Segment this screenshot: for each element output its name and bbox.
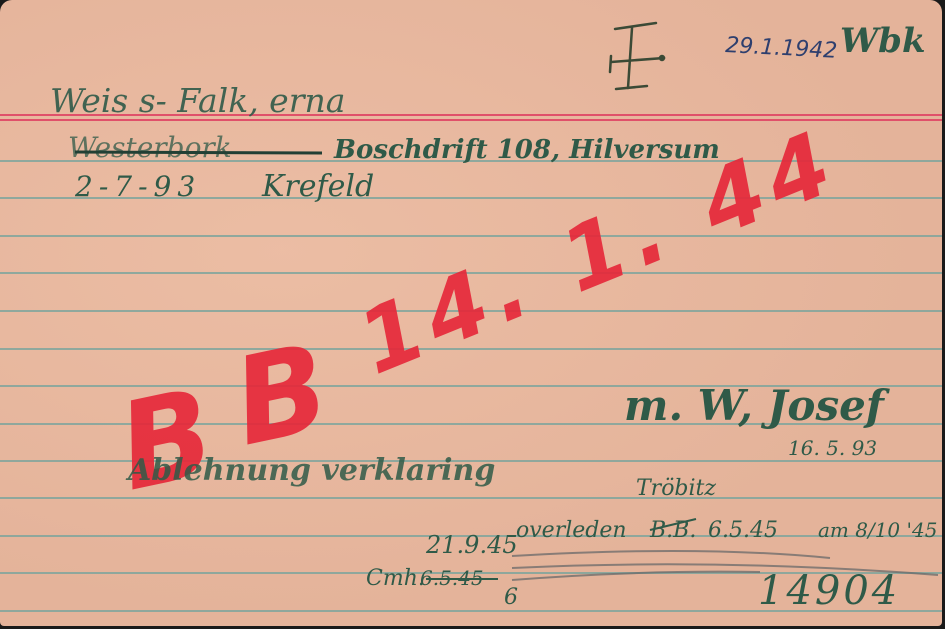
svg-text:B.B.: B.B. bbox=[649, 518, 696, 543]
birth-place: Krefeld bbox=[261, 169, 374, 204]
struck-death-place: B.B. bbox=[649, 518, 696, 543]
death-cross-icon bbox=[610, 23, 664, 89]
spouse-name: m. W, Josef bbox=[624, 381, 891, 430]
comm-label: Cmh. bbox=[366, 566, 425, 591]
struck-address: Westerbork bbox=[68, 131, 322, 164]
birth-date: 2-7-93 bbox=[74, 170, 201, 203]
person-name: Weis s- Falk, erna bbox=[50, 81, 345, 120]
struck-comm-date: 6.5.45 bbox=[420, 566, 498, 590]
comm-suffix: 6 bbox=[504, 585, 518, 610]
handwriting-layer: 29.1.1942 Wbk Weis s- Falk, erna Westerb… bbox=[0, 0, 942, 626]
spouse-birth: 16. 5. 93 bbox=[788, 436, 877, 460]
red-initials: B B bbox=[107, 318, 340, 518]
card-number: 14904 bbox=[758, 568, 900, 614]
svg-text:B: B bbox=[107, 363, 225, 518]
header-date: 29.1.1942 bbox=[725, 33, 838, 64]
header-code: Wbk bbox=[840, 21, 926, 61]
person-address: Boschdrift 108, Hilversum bbox=[333, 135, 720, 165]
svg-text:Westerbork: Westerbork bbox=[68, 131, 232, 164]
svg-text:B: B bbox=[222, 318, 340, 473]
comm-date: 21.9.45 bbox=[425, 531, 518, 559]
index-card: 29.1.1942 Wbk Weis s- Falk, erna Westerb… bbox=[0, 0, 942, 626]
left-note: Ablehnung verklaring bbox=[125, 453, 495, 488]
death-suffix: am 8/10 '45 bbox=[818, 518, 937, 542]
death-place: Tröbitz bbox=[636, 476, 716, 501]
death-label: overleden bbox=[516, 518, 627, 543]
death-date: 6.5.45 bbox=[708, 518, 778, 543]
